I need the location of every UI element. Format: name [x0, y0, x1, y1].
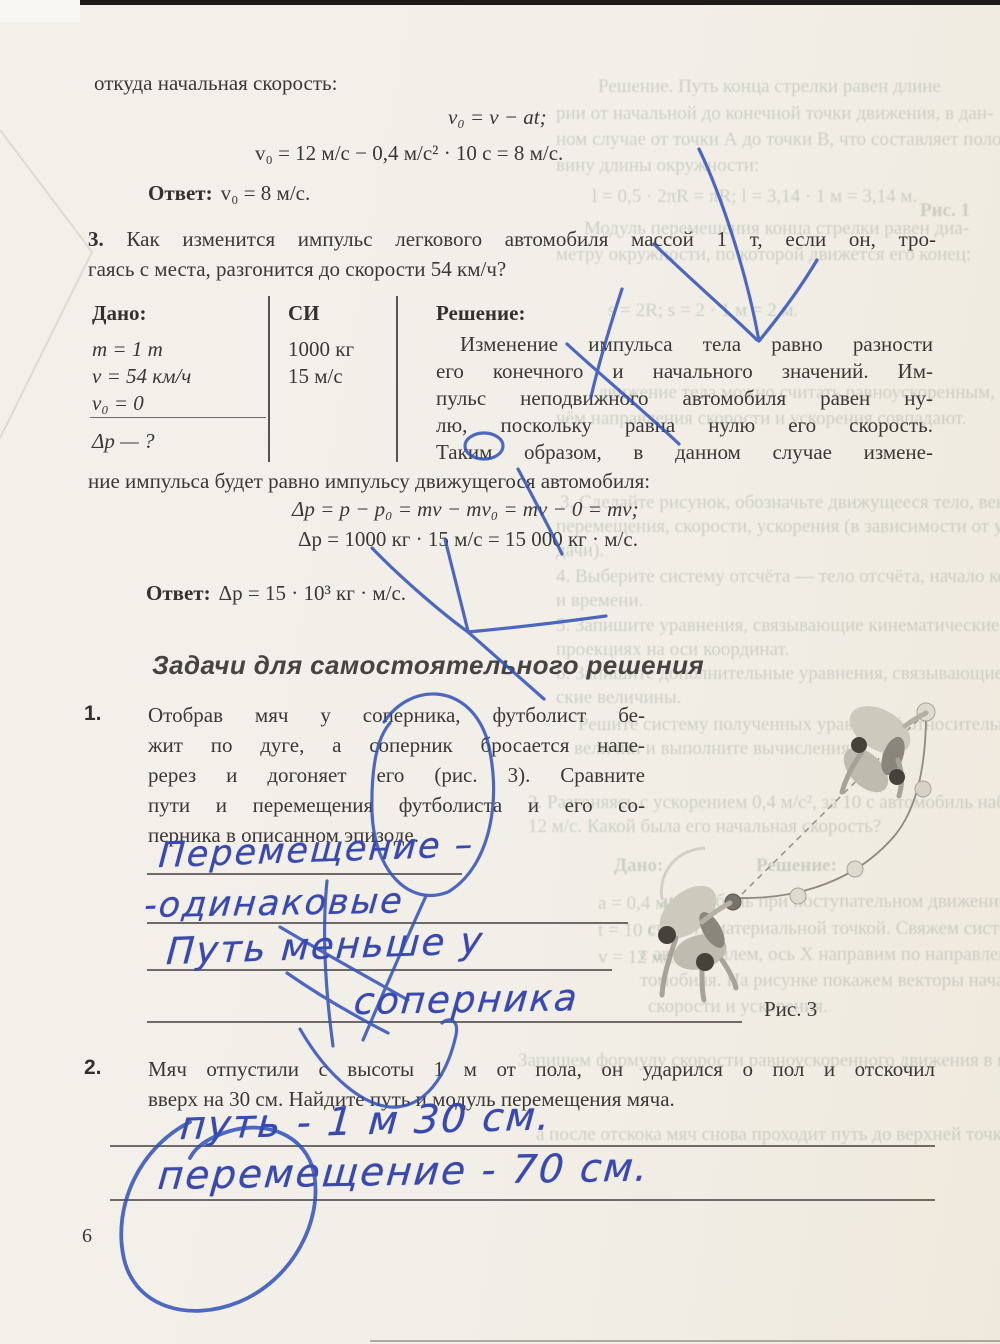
solution-continuation: ние импульса будет равно импульсу движущ…	[88, 468, 650, 494]
handwritten-answer-row: путь - 1 м 30 см.	[178, 1094, 553, 1149]
section-heading: Задачи для самостоятельного решения	[152, 650, 704, 681]
problem2-line: Мяч отпустили с высоты 1 м от пола, он у…	[148, 1056, 935, 1082]
bleed-text-line: с автомобилем, ось X направим по направл…	[640, 944, 1000, 966]
answer-label: Ответ:	[146, 581, 211, 605]
problem1-number: 1.	[84, 702, 102, 726]
problem1-line: ререз и догоняет его (рис. 3). Сравните	[148, 762, 645, 788]
intro-lead: откуда начальная скорость:	[94, 70, 337, 96]
bleed-text-line: вину длины окружности:	[556, 155, 759, 177]
problem3-answer: Ответ:Δp = 15 · 10³ кг · м/с.	[146, 580, 406, 606]
bleed-text-line: Рис. 1	[920, 200, 970, 222]
given-find: Δp — ?	[92, 428, 155, 454]
problem3-number: 3.	[88, 227, 104, 251]
solution-line: пульс неподвижного автомобиля равен ну-	[436, 385, 933, 411]
bleed-text-line: ном случае от точки А до точки В, что со…	[556, 129, 1000, 151]
si-item: 1000 кг	[288, 336, 354, 362]
answer-label: Ответ:	[148, 181, 213, 205]
bleed-text-line: 12 м/с. Какой была его начальная скорост…	[528, 816, 881, 838]
scan-edge-bottom	[370, 1340, 1000, 1342]
problem1-line: пути и перемещения футболиста и его со-	[148, 792, 645, 818]
solution-line: его конечного и начального значений. Им-	[436, 358, 933, 384]
si-title: СИ	[288, 300, 320, 326]
problem1-line: жит по дуге, а соперник бросается напе-	[148, 732, 645, 758]
bleed-text-line: Решение. Путь конца стрелки равен длине	[598, 76, 941, 98]
bleed-text-line: рии от начальной до конечной точки движе…	[556, 103, 993, 125]
handwritten-answer-row: -одинаковые	[142, 881, 405, 926]
problem3-formula-1: Δp = p − p₀ = mv − mv₀ = mv − 0 = mv;	[292, 496, 639, 522]
bleed-text-line: 4. Выберите систему отсчёта — тело отсчё…	[556, 566, 1000, 588]
given-item: v₀ = 0	[92, 390, 144, 416]
given-title: Дано:	[92, 300, 147, 326]
bleed-text-line: автомобиль при поступательном движении м…	[660, 891, 1000, 913]
solution-line: Изменение импульса тела равно разности	[436, 331, 933, 357]
solution-title: Решение:	[436, 300, 525, 326]
bleed-text-line: Дано:	[614, 855, 663, 877]
bleed-text-line: томобиля. На рисунке покажем векторы нач…	[640, 970, 1000, 992]
problem3-line2: гаясь с места, разгонится до скорости 54…	[88, 256, 506, 282]
given-item: v = 54 км/ч	[92, 363, 191, 389]
page-fold-crease	[0, 130, 92, 438]
answer-value: v₀ = 8 м/с.	[221, 181, 311, 205]
bleed-text-line: и времени.	[556, 590, 643, 612]
intro-answer: Ответ:v₀ = 8 м/с.	[148, 180, 310, 206]
bleed-text-line: 5. Запишите уравнения, связывающие кинем…	[556, 615, 1000, 637]
intro-formula-1: v₀ = v − at;	[448, 104, 547, 130]
si-item: 15 м/с	[288, 363, 343, 389]
answer-line	[110, 1199, 935, 1201]
handwritten-answer-row: соперника	[352, 976, 580, 1023]
solution-line: Таким образом, в данном случае измене-	[436, 439, 933, 465]
problem2-number: 2.	[84, 1056, 102, 1080]
problem3-formula-2: Δp = 1000 кг · 15 м/с = 15 000 кг · м/с.	[298, 526, 638, 552]
intro-formula-2: v₀ = 12 м/с − 0,4 м/с² · 10 с = 8 м/с.	[255, 140, 563, 166]
bleed-text-line: Решение:	[756, 855, 837, 877]
scan-edge-top	[0, 0, 1000, 5]
problem3-line1: 3. Как изменится импульс легкового автом…	[88, 226, 936, 252]
given-divider-rule	[90, 417, 266, 418]
figure-caption: Рис. 3	[764, 996, 817, 1022]
handwritten-answer-row: перемещение - 70 см.	[156, 1145, 651, 1199]
table-divider	[396, 296, 398, 462]
given-item: m = 1 т	[92, 336, 163, 362]
answer-value: Δp = 15 · 10³ кг · м/с.	[219, 581, 406, 605]
bleed-text-line: l = 0,5 · 2πR = πR; l = 3,14 · 1 м = 3,1…	[592, 186, 917, 208]
problem1-line: Отобрав мяч у соперника, футболист бе-	[148, 702, 645, 728]
scan-corner-patch	[0, 0, 80, 22]
bleed-text-line: считать материальной точкой. Свяжем сист…	[648, 918, 1000, 940]
solution-line: лю, поскольку равна нулю его скорость.	[436, 412, 933, 438]
handwritten-answer-row: Путь меньше у	[165, 919, 486, 973]
page-number: 6	[82, 1224, 92, 1249]
bleed-text-line: s = 2R; s = 2 · 1 м = 2 м.	[608, 300, 798, 322]
workbook-page: Решение. Путь конца стрелки равен длине …	[0, 0, 1000, 1344]
table-divider	[268, 296, 270, 462]
bleed-text-line: а после отскока мяч снова проходит путь …	[536, 1124, 1000, 1146]
